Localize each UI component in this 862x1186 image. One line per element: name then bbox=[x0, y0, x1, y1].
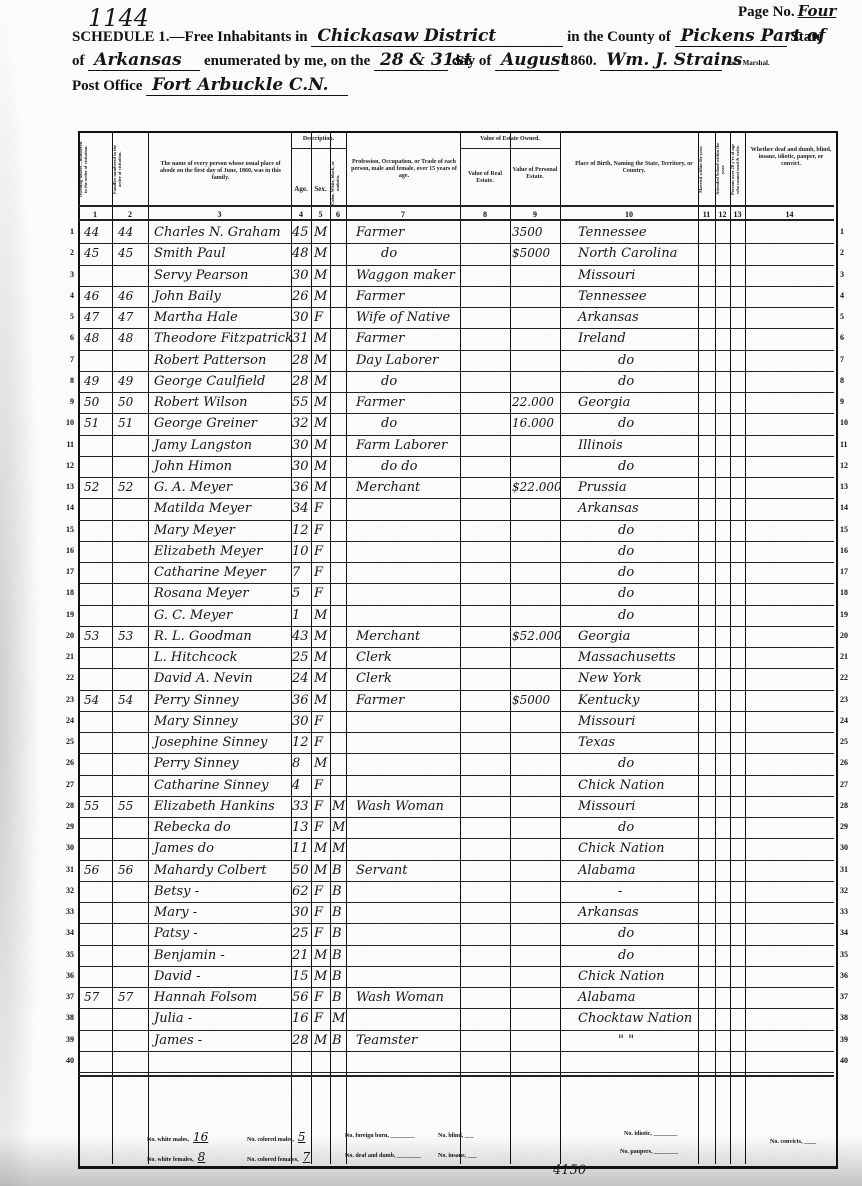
line-number-left: 6 bbox=[58, 333, 74, 342]
cell-birthplace: do bbox=[618, 416, 634, 431]
cell-sex: M bbox=[314, 969, 327, 984]
footer-colored-females: No. colored females,7 bbox=[247, 1150, 314, 1164]
cell-name: Elizabeth Meyer bbox=[154, 544, 262, 559]
line-number-right: 6 bbox=[840, 333, 856, 342]
table-row: 3535Benjamin -21MBdo bbox=[78, 946, 834, 967]
cell-age: 30 bbox=[292, 310, 309, 325]
cell-sex: F bbox=[314, 990, 323, 1005]
table-row: 3838Julia -16FMChocktaw Nation bbox=[78, 1009, 834, 1030]
cell-color: M bbox=[332, 820, 345, 835]
cell-sex: M bbox=[314, 948, 327, 963]
cell-dwelling: 55 bbox=[84, 799, 99, 813]
line-number-right: 15 bbox=[840, 525, 856, 534]
cell-color: M bbox=[332, 799, 345, 814]
cell-birthplace: do bbox=[618, 353, 634, 368]
column-header-5: Sex. bbox=[311, 186, 330, 193]
cell-age: 32 bbox=[292, 416, 309, 431]
cell-occupation: Clerk bbox=[356, 650, 392, 665]
table-row: 1616Elizabeth Meyer10Fdo bbox=[78, 542, 834, 563]
line-number-right: 22 bbox=[840, 673, 856, 682]
cell-age: 30 bbox=[292, 438, 309, 453]
cell-name: Rosana Meyer bbox=[154, 586, 249, 601]
row-divider bbox=[460, 148, 560, 149]
cell-name: Betsy - bbox=[154, 884, 199, 899]
cell-birthplace: do bbox=[618, 586, 634, 601]
table-row: 3636David -15MBChick Nation bbox=[78, 967, 834, 988]
cell-name: David A. Nevin bbox=[154, 671, 253, 686]
line-number-left: 20 bbox=[58, 631, 74, 640]
cell-name: Robert Patterson bbox=[154, 353, 266, 368]
line-number-left: 9 bbox=[58, 397, 74, 406]
cell-sex: M bbox=[314, 480, 327, 495]
marshal-name: Wm. J. Strains bbox=[600, 50, 722, 71]
cell-age: 8 bbox=[292, 756, 300, 771]
column-header-7: Profession, Occupation, or Trade of each… bbox=[350, 159, 458, 180]
table-row: 224545Smith Paul48Mdo$5000North Carolina bbox=[78, 244, 834, 265]
column-number-10: 10 bbox=[560, 210, 698, 219]
cell-dwelling: 51 bbox=[84, 416, 99, 430]
cell-dwelling: 48 bbox=[84, 331, 99, 345]
line-number-left: 13 bbox=[58, 482, 74, 491]
line-number-right: 13 bbox=[840, 482, 856, 491]
table-row: 3030James do11MMChick Nation bbox=[78, 839, 834, 860]
cell-occupation: do bbox=[381, 374, 397, 389]
cell-personal-estate: $52.000 bbox=[512, 629, 562, 643]
cell-age: 28 bbox=[292, 353, 309, 368]
cell-birthplace: Chick Nation bbox=[578, 841, 664, 856]
cell-name: James do bbox=[154, 841, 214, 856]
footer-deaf-dumb: No. deaf and dumb, ________ bbox=[345, 1153, 421, 1159]
cell-sex: M bbox=[314, 756, 327, 771]
cell-personal-estate: $5000 bbox=[512, 693, 550, 707]
enumeration-days: 28 & 31st bbox=[374, 50, 448, 71]
line-number-left: 23 bbox=[58, 695, 74, 704]
line-number-right: 10 bbox=[840, 418, 856, 427]
cell-personal-estate: $22.000 bbox=[512, 480, 562, 494]
line-number-right: 28 bbox=[840, 801, 856, 810]
cell-sex: F bbox=[314, 544, 323, 559]
table-row: 4040 bbox=[78, 1052, 834, 1073]
bottom-annotation: 4150 bbox=[553, 1163, 586, 1178]
cell-name: Benjamin - bbox=[154, 948, 225, 963]
cell-name: Servy Pearson bbox=[154, 268, 248, 283]
cell-name: Mahardy Colbert bbox=[154, 863, 267, 878]
cell-birthplace: Arkansas bbox=[578, 310, 639, 325]
cell-birthplace: Missouri bbox=[578, 714, 635, 729]
footer-paupers: No. paupers, ________ bbox=[620, 1149, 678, 1155]
cell-age: 28 bbox=[292, 1033, 309, 1048]
cell-family: 44 bbox=[118, 225, 133, 239]
line-number-left: 28 bbox=[58, 801, 74, 810]
cell-dwelling: 46 bbox=[84, 289, 99, 303]
cell-birthplace: Georgia bbox=[578, 395, 630, 410]
cell-occupation: do do bbox=[381, 459, 417, 474]
line-number-right: 21 bbox=[840, 652, 856, 661]
cell-family: 53 bbox=[118, 629, 133, 643]
post-office-label: Post Office bbox=[72, 78, 142, 94]
cell-color: B bbox=[332, 905, 342, 920]
cell-dwelling: 53 bbox=[84, 629, 99, 643]
cell-birthplace: do bbox=[618, 948, 634, 963]
cell-color: M bbox=[332, 841, 345, 856]
cell-family: 57 bbox=[118, 990, 133, 1004]
line-number-right: 27 bbox=[840, 780, 856, 789]
line-number-left: 38 bbox=[58, 1013, 74, 1022]
cell-birthplace: Kentucky bbox=[578, 693, 640, 708]
cell-birthplace: do bbox=[618, 756, 634, 771]
cell-sex: M bbox=[314, 353, 327, 368]
row-divider bbox=[291, 148, 346, 149]
cell-name: Mary Meyer bbox=[154, 523, 235, 538]
cell-personal-estate: $5000 bbox=[512, 246, 550, 260]
cell-occupation: do bbox=[381, 246, 397, 261]
cell-name: Josephine Sinney bbox=[154, 735, 267, 750]
table-row: 28285555Elizabeth Hankins33FMWash WomanM… bbox=[78, 797, 834, 818]
footer-colored-males: No. colored males,5 bbox=[247, 1130, 310, 1144]
cell-occupation: Servant bbox=[356, 863, 408, 878]
cell-sex: M bbox=[314, 374, 327, 389]
table-row: 2929Rebecka do13FMdo bbox=[78, 818, 834, 839]
cell-personal-estate: 16.000 bbox=[512, 416, 554, 430]
cell-age: 43 bbox=[292, 629, 309, 644]
cell-family: 52 bbox=[118, 480, 133, 494]
table-row: 1818Rosana Meyer5Fdo bbox=[78, 584, 834, 605]
cell-color: M bbox=[332, 1011, 345, 1026]
table-row: 13135252G. A. Meyer36MMerchant$22.000Pru… bbox=[78, 478, 834, 499]
line-number-right: 34 bbox=[840, 928, 856, 937]
cell-age: 13 bbox=[292, 820, 309, 835]
cell-birthplace: Arkansas bbox=[578, 501, 639, 516]
table-row: 20205353R. L. Goodman43MMerchant$52.000G… bbox=[78, 627, 834, 648]
cell-occupation: Teamster bbox=[356, 1033, 417, 1048]
cell-name: R. L. Goodman bbox=[154, 629, 252, 644]
footer-divider bbox=[78, 1075, 834, 1077]
table-row: 1919G. C. Meyer1Mdo bbox=[78, 606, 834, 627]
cell-sex: M bbox=[314, 841, 327, 856]
cell-name: G. A. Meyer bbox=[154, 480, 232, 495]
table-row: 444646John Baily26MFarmerTennessee bbox=[78, 287, 834, 308]
line-number-left: 27 bbox=[58, 780, 74, 789]
cell-occupation: Clerk bbox=[356, 671, 392, 686]
line-number-right: 19 bbox=[840, 610, 856, 619]
line-number-right: 40 bbox=[840, 1056, 856, 1065]
cell-name: Theodore Fitzpatrick bbox=[154, 331, 293, 346]
table-row: 33Servy Pearson30MWaggon makerMissouri bbox=[78, 266, 834, 287]
line-number-right: 24 bbox=[840, 716, 856, 725]
cell-name: G. C. Meyer bbox=[154, 608, 232, 623]
cell-age: 15 bbox=[292, 969, 309, 984]
column-number-6: 6 bbox=[330, 210, 346, 219]
table-row: 2525Josephine Sinney12FTexas bbox=[78, 733, 834, 754]
cell-name: Mary Sinney bbox=[154, 714, 238, 729]
cell-name: Martha Hale bbox=[154, 310, 238, 325]
table-row: 554747Martha Hale30FWife of NativeArkans… bbox=[78, 308, 834, 329]
cell-birthplace: - bbox=[618, 884, 622, 899]
cell-name: Mary - bbox=[154, 905, 197, 920]
table-row: 3232Betsy -62FB- bbox=[78, 882, 834, 903]
column-header-4: Age. bbox=[291, 186, 311, 193]
cell-sex: F bbox=[314, 714, 323, 729]
table-row: 664848Theodore Fitzpatrick31MFarmerIrela… bbox=[78, 329, 834, 350]
schedule-line: SCHEDULE 1.—Free Inhabitants in Chickasa… bbox=[72, 26, 823, 47]
cell-occupation: Farm Laborer bbox=[356, 438, 447, 453]
footer-insane: No. insane, ___ bbox=[438, 1153, 477, 1159]
column-number-2: 2 bbox=[112, 210, 148, 219]
cell-age: 56 bbox=[292, 990, 309, 1005]
table-row: 1717Catharine Meyer7Fdo bbox=[78, 563, 834, 584]
table-row: 995050Robert Wilson55MFarmer22.000Georgi… bbox=[78, 393, 834, 414]
line-number-left: 10 bbox=[58, 418, 74, 427]
line-number-left: 36 bbox=[58, 971, 74, 980]
line-number-right: 16 bbox=[840, 546, 856, 555]
line-number-left: 17 bbox=[58, 567, 74, 576]
line-number-right: 2 bbox=[840, 248, 856, 257]
cell-age: 48 bbox=[292, 246, 309, 261]
cell-birthplace: Prussia bbox=[578, 480, 627, 495]
line-number-left: 22 bbox=[58, 673, 74, 682]
line-number-left: 21 bbox=[58, 652, 74, 661]
column-number-9: 9 bbox=[510, 210, 560, 219]
footer-foreign-born: No. foreign born, ________ bbox=[345, 1133, 414, 1139]
cell-age: 31 bbox=[292, 331, 309, 346]
table-row: 1515Mary Meyer12Fdo bbox=[78, 521, 834, 542]
footer-blind: No. blind, ___ bbox=[438, 1133, 474, 1139]
cell-age: 7 bbox=[292, 565, 300, 580]
cell-family: 47 bbox=[118, 310, 133, 324]
cell-sex: F bbox=[314, 586, 323, 601]
column-number-5: 5 bbox=[311, 210, 330, 219]
cell-birthplace: do bbox=[618, 820, 634, 835]
cell-occupation: Merchant bbox=[356, 629, 420, 644]
cell-birthplace: New York bbox=[578, 671, 642, 686]
cell-color: B bbox=[332, 990, 342, 1005]
cell-name: Catharine Sinney bbox=[154, 778, 268, 793]
column-number-3: 3 bbox=[148, 210, 291, 219]
line-number-left: 11 bbox=[58, 440, 74, 449]
column-number-11: 11 bbox=[698, 210, 715, 219]
line-number-left: 35 bbox=[58, 950, 74, 959]
cell-age: 34 bbox=[292, 501, 309, 516]
cell-sex: F bbox=[314, 735, 323, 750]
column-number-8: 8 bbox=[460, 210, 510, 219]
line-number-left: 37 bbox=[58, 992, 74, 1001]
value-group-header: Value of Estate Owned. bbox=[460, 136, 560, 143]
cell-name: George Greiner bbox=[154, 416, 257, 431]
cell-age: 30 bbox=[292, 459, 309, 474]
cell-color: B bbox=[332, 926, 342, 941]
scan-edge-shadow bbox=[0, 0, 40, 1186]
state-field: Arkansas bbox=[88, 50, 200, 71]
cell-name: Elizabeth Hankins bbox=[154, 799, 275, 814]
district-field: Chickasaw District bbox=[311, 26, 563, 47]
column-header-11: Married within the year. bbox=[698, 139, 715, 199]
cell-age: 10 bbox=[292, 544, 309, 559]
line-number-right: 36 bbox=[840, 971, 856, 980]
page-number-label: Page No. bbox=[738, 4, 795, 20]
line-number-right: 18 bbox=[840, 588, 856, 597]
table-row: 1414Matilda Meyer34FArkansas bbox=[78, 499, 834, 520]
column-header-13: Persons over 20 y'rs of age who cannot r… bbox=[730, 139, 745, 199]
line-number-left: 30 bbox=[58, 843, 74, 852]
cell-birthplace: Alabama bbox=[578, 990, 635, 1005]
line-number-right: 20 bbox=[840, 631, 856, 640]
cell-age: 21 bbox=[292, 948, 309, 963]
cell-family: 50 bbox=[118, 395, 133, 409]
county-field: Pickens Part of bbox=[675, 26, 787, 47]
cell-birthplace: do bbox=[618, 523, 634, 538]
table-row: 2121L. Hitchcock25MClerkMassachusetts bbox=[78, 648, 834, 669]
day-of-label: day of bbox=[452, 53, 492, 69]
cell-name: Patsy - bbox=[154, 926, 198, 941]
cell-name: John Baily bbox=[154, 289, 221, 304]
month-field: August bbox=[495, 50, 559, 71]
cell-sex: M bbox=[314, 438, 327, 453]
line-number-left: 19 bbox=[58, 610, 74, 619]
cell-sex: M bbox=[314, 459, 327, 474]
cell-sex: M bbox=[314, 629, 327, 644]
column-header-3: The name of every person whose usual pla… bbox=[158, 161, 283, 182]
table-row: 1111Jamy Langston30MFarm LaborerIllinois bbox=[78, 436, 834, 457]
cell-age: 62 bbox=[292, 884, 309, 899]
census-table: Dwelling-houses—numbered in the order of… bbox=[78, 131, 836, 1186]
cell-name: Robert Wilson bbox=[154, 395, 248, 410]
line-number-left: 4 bbox=[58, 291, 74, 300]
line-number-left: 14 bbox=[58, 503, 74, 512]
line-number-left: 1 bbox=[58, 227, 74, 236]
line-number-right: 9 bbox=[840, 397, 856, 406]
line-number-left: 18 bbox=[58, 588, 74, 597]
footer-white-males: No. white males,16 bbox=[147, 1130, 212, 1144]
cell-occupation: Day Laborer bbox=[356, 353, 438, 368]
cell-birthplace: North Carolina bbox=[578, 246, 677, 261]
cell-family: 48 bbox=[118, 331, 133, 345]
table-row: 31315656Mahardy Colbert50MBServantAlabam… bbox=[78, 861, 834, 882]
column-number-4: 4 bbox=[291, 210, 311, 219]
cell-age: 25 bbox=[292, 650, 309, 665]
cell-birthplace: do bbox=[618, 544, 634, 559]
enumeration-line: of Arkansas enumerated by me, on the 28 … bbox=[72, 50, 770, 71]
column-header-9: Value of Personal Estate. bbox=[512, 167, 558, 181]
cell-occupation: Farmer bbox=[356, 289, 404, 304]
cell-sex: F bbox=[314, 820, 323, 835]
cell-family: 46 bbox=[118, 289, 133, 303]
cell-family: 51 bbox=[118, 416, 133, 430]
line-number-left: 25 bbox=[58, 737, 74, 746]
line-number-right: 14 bbox=[840, 503, 856, 512]
cell-birthplace: Missouri bbox=[578, 799, 635, 814]
cell-birthplace: do bbox=[618, 374, 634, 389]
cell-dwelling: 44 bbox=[84, 225, 99, 239]
line-number-left: 34 bbox=[58, 928, 74, 937]
county-label: in the County of bbox=[567, 29, 671, 45]
cell-birthplace: Alabama bbox=[578, 863, 635, 878]
table-row: 2626Perry Sinney8Mdo bbox=[78, 754, 834, 775]
line-number-left: 40 bbox=[58, 1056, 74, 1065]
row-divider bbox=[78, 219, 834, 221]
cell-dwelling: 57 bbox=[84, 990, 99, 1004]
cell-sex: F bbox=[314, 926, 323, 941]
table-row: 3434Patsy -25FBdo bbox=[78, 924, 834, 945]
cell-sex: F bbox=[314, 310, 323, 325]
cell-age: 12 bbox=[292, 523, 309, 538]
cell-sex: M bbox=[314, 246, 327, 261]
table-row: 23235454Perry Sinney36MFarmer$5000Kentuc… bbox=[78, 691, 834, 712]
line-number-left: 5 bbox=[58, 312, 74, 321]
cell-personal-estate: 3500 bbox=[512, 225, 543, 239]
cell-birthplace: do bbox=[618, 565, 634, 580]
line-number-right: 11 bbox=[840, 440, 856, 449]
cell-sex: M bbox=[314, 863, 327, 878]
table-row: 3939James -28MBTeamster" " bbox=[78, 1031, 834, 1052]
cell-age: 11 bbox=[292, 841, 309, 856]
cell-dwelling: 52 bbox=[84, 480, 99, 494]
post-office-line: Post Office Fort Arbuckle C.N. bbox=[72, 75, 348, 96]
cell-occupation: Waggon maker bbox=[356, 268, 455, 283]
table-row: 77Robert Patterson28MDay Laborerdo bbox=[78, 351, 834, 372]
line-number-right: 31 bbox=[840, 865, 856, 874]
line-number-left: 8 bbox=[58, 376, 74, 385]
cell-sex: F bbox=[314, 778, 323, 793]
column-header-14: Whether deaf and dumb, blind, insane, id… bbox=[750, 147, 832, 168]
cell-occupation: Wash Woman bbox=[356, 799, 444, 814]
column-header-1: Dwelling-houses—numbered in the order of… bbox=[78, 139, 112, 199]
line-number-left: 3 bbox=[58, 270, 74, 279]
cell-color: B bbox=[332, 948, 342, 963]
cell-name: Rebecka do bbox=[154, 820, 231, 835]
footer-white-females: No. white females,8 bbox=[147, 1150, 209, 1164]
cell-name: Catharine Meyer bbox=[154, 565, 266, 580]
cell-sex: M bbox=[314, 693, 327, 708]
footer-convicts: No. convicts, ____ bbox=[770, 1139, 816, 1145]
table-row: 3333Mary -30FBArkansas bbox=[78, 903, 834, 924]
cell-name: Perry Sinney bbox=[154, 756, 239, 771]
line-number-right: 8 bbox=[840, 376, 856, 385]
table-row: 1212John Himon30Mdo dodo bbox=[78, 457, 834, 478]
line-number-right: 26 bbox=[840, 758, 856, 767]
cell-name: Jamy Langston bbox=[154, 438, 252, 453]
cell-family: 55 bbox=[118, 799, 133, 813]
column-header-8: Value of Real Estate. bbox=[462, 171, 508, 185]
cell-birthplace: Texas bbox=[578, 735, 615, 750]
line-number-right: 30 bbox=[840, 843, 856, 852]
cell-age: 4 bbox=[292, 778, 300, 793]
cell-age: 25 bbox=[292, 926, 309, 941]
line-number-left: 39 bbox=[58, 1035, 74, 1044]
page-number: Page No.Four bbox=[738, 2, 836, 21]
cell-birthplace: Tennessee bbox=[578, 289, 647, 304]
cell-sex: F bbox=[314, 523, 323, 538]
column-number-1: 1 bbox=[78, 210, 112, 219]
cell-occupation: Farmer bbox=[356, 331, 404, 346]
cell-sex: M bbox=[314, 331, 327, 346]
cell-sex: F bbox=[314, 799, 323, 814]
cell-color: B bbox=[332, 1033, 342, 1048]
table-row: 884949George Caulfield28Mdodo bbox=[78, 372, 834, 393]
cell-dwelling: 47 bbox=[84, 310, 99, 324]
cell-name: Smith Paul bbox=[154, 246, 226, 261]
line-number-right: 38 bbox=[840, 1013, 856, 1022]
line-number-right: 3 bbox=[840, 270, 856, 279]
cell-name: Julia - bbox=[154, 1011, 192, 1026]
cell-name: Perry Sinney bbox=[154, 693, 239, 708]
line-number-right: 33 bbox=[840, 907, 856, 916]
cell-age: 33 bbox=[292, 799, 309, 814]
cell-birthplace: Chick Nation bbox=[578, 778, 664, 793]
cell-age: 24 bbox=[292, 671, 309, 686]
cell-name: L. Hitchcock bbox=[154, 650, 238, 665]
line-number-right: 23 bbox=[840, 695, 856, 704]
cell-name: George Caulfield bbox=[154, 374, 265, 389]
